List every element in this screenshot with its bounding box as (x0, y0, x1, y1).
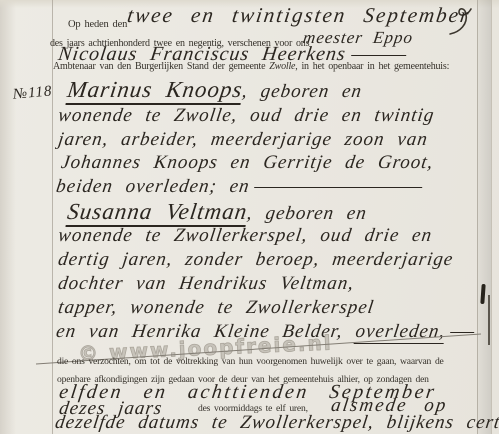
closing-last-line: dezelfde datums te Zwollerkerspel, blijk… (54, 413, 499, 432)
filler-dash (351, 55, 406, 56)
bride-line-1-rest: , geboren en (246, 203, 369, 224)
bride-name: Susanna Veltman (65, 199, 249, 227)
closing-printed-1: die ons verzochten, om tot de voltrekkin… (57, 357, 444, 367)
filler-dash-long (254, 187, 422, 188)
printed-official-line: Ambtenaar van den Burgerlijken Stand der… (53, 62, 449, 72)
bride-father-line: dochter van Hendrikus Veltman, (57, 274, 356, 293)
groom-parents-line: Johannes Knoops en Gerritje de Groot, (60, 153, 435, 172)
bride-line-3: dertig jaren, zonder beroep, meerderjari… (57, 250, 455, 269)
bride-line-2: wonende te Zwollerkerspel, oud drie en (57, 226, 433, 245)
groom-line-3: jaren, arbeider, meerderjarige zoon van (57, 130, 429, 149)
groom-line-5: beiden overleden; en (55, 177, 424, 196)
groom-line-1: Marinus Knoops, geboren en (66, 78, 364, 101)
bride-line-1: Susanna Veltman, geboren en (66, 200, 369, 223)
handwritten-date: twee en twintigsten September (126, 5, 472, 26)
groom-line-1-rest: , geboren en (241, 81, 364, 102)
groom-name: Marinus Knoops (65, 77, 244, 105)
groom-line-5-text: beiden overleden; en (55, 176, 251, 197)
official-line-place: Zwolle (269, 61, 295, 72)
official-line-pre: Ambtenaar van den Burgerlijken Stand der… (53, 61, 269, 72)
marriage-record-scan: №118 Op heden den twee en twintigsten Se… (0, 0, 499, 434)
groom-line-2: wonende te Zwolle, oud drie en twintig (57, 106, 436, 125)
official-line-post: , in het openbaar in het gemeentehuis: (295, 61, 449, 72)
bride-line-5: tapper, wonende te Zwollerkerspel (57, 298, 375, 317)
printed-op-heden: Op heden den (68, 20, 127, 31)
record-number: №118 (12, 83, 53, 103)
